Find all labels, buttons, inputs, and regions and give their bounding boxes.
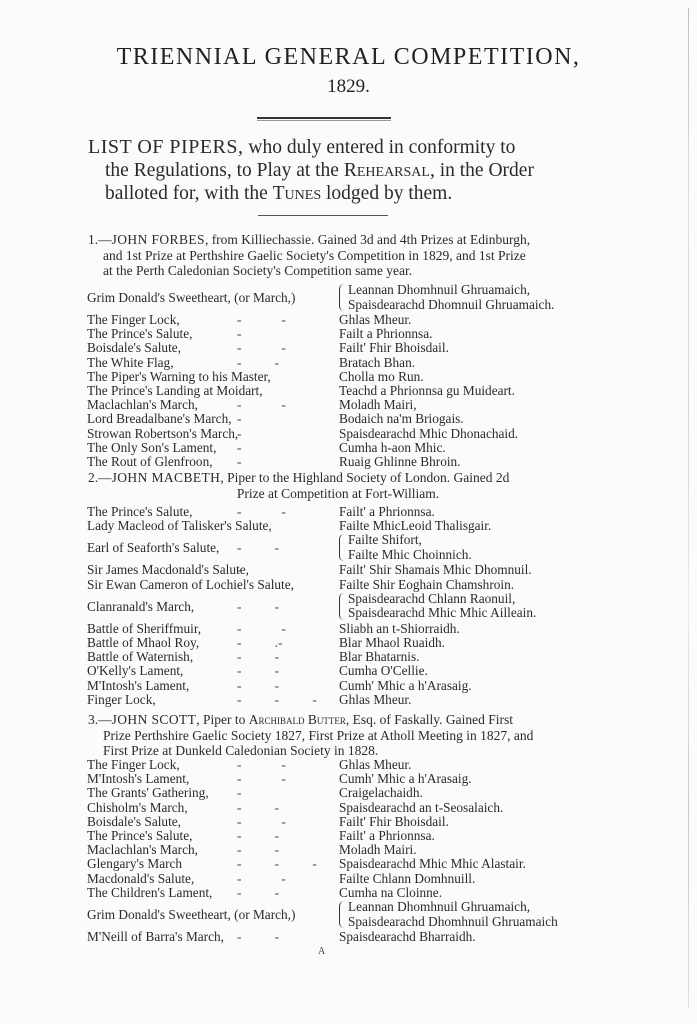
tune-row: The Finger Lock,- -Ghlas Mheur. [87, 758, 607, 772]
tune-row: Sir Ewan Cameron of Lochiel's Salute,Fai… [87, 578, 607, 592]
leader-dashes: - - - [237, 857, 317, 871]
leader-dashes: - [237, 441, 241, 455]
tune-english-name: The Rout of Glenfroon,- [87, 455, 339, 469]
tune-row: The Prince's Salute,- -Failt' a Phrionns… [87, 829, 607, 843]
tune-english-name: M'Neill of Barra's March,- - [87, 930, 339, 944]
leader-dashes: - - [237, 772, 286, 786]
tune-row: Sir James Macdonald's Salute,-Failt' Shi… [87, 563, 607, 577]
leader-dashes: - [237, 327, 241, 341]
tune-gaelic-name: Spaisdearachd Mhic Mhic Alastair. [339, 857, 526, 871]
tune-english-name: M'Intosh's Lament,- - [87, 772, 339, 786]
tune-gaelic-name: Failte Shir Eoghain Chamshroin. [339, 578, 514, 592]
tune-gaelic-name: Teachd a Phrionnsa gu Muideart. [339, 384, 515, 398]
tune-gaelic-name: Failt' Fhir Bhoisdail. [339, 815, 449, 829]
tune-row: Earl of Seaforth's Salute,- -Failte Shif… [87, 533, 607, 563]
tune-gaelic-name: Failt' Shir Shamais Mhic Dhomnuil. [339, 563, 532, 577]
leader-dashes: - .- [237, 636, 282, 650]
piper-name: JOHN FORBES [112, 232, 205, 247]
tune-english-name: Battle of Sheriffmuir,- - [87, 622, 339, 636]
tune-row: M'Neill of Barra's March,- -Spaisdearach… [87, 930, 607, 944]
tune-gaelic-name: Bodaich na'm Briogais. [339, 412, 464, 426]
tune-row: The Grants' Gathering,-Craigelachaidh. [87, 786, 607, 800]
leader-dashes: - - [237, 650, 279, 664]
tune-row: The Finger Lock,- -Ghlas Mheur. [87, 313, 607, 327]
tune-gaelic-name: Cumha O'Cellie. [339, 664, 428, 678]
tune-english-name: Chisholm's March,- - [87, 801, 339, 815]
tune-row: Battle of Sheriffmuir,- -Sliabh an t-Shi… [87, 622, 607, 636]
tune-row: M'Intosh's Lament,- -Cumh' Mhic a h'Aras… [87, 772, 607, 786]
tune-english-name: The Finger Lock,- - [87, 313, 339, 327]
leader-dashes: - - [237, 592, 279, 622]
tune-row: The Rout of Glenfroon,-Ruaig Ghlinne Bhr… [87, 455, 607, 469]
title-rule [257, 117, 391, 119]
leader-dashes: - - [237, 341, 286, 355]
tune-english-name: Sir James Macdonald's Salute,- [87, 563, 339, 577]
leader-dashes: - - [237, 679, 279, 693]
tune-english-name: Finger Lock,- - - [87, 693, 339, 707]
tune-english-name: The Prince's Salute,- [87, 327, 339, 341]
tune-gaelic-name: Ruaig Ghlinne Bhroin. [339, 455, 461, 469]
leader-dashes: - [237, 563, 241, 577]
tune-english-name: Battle of Waternish,- - [87, 650, 339, 664]
intro-paragraph: LIST OF PIPERS, who duly entered in conf… [88, 136, 608, 205]
tune-english-name: The Only Son's Lament,- [87, 441, 339, 455]
tune-gaelic-name: Spaisdearachd Chlann Raonuil,Spaisdearac… [339, 592, 536, 622]
leader-dashes: - - [237, 356, 279, 370]
tune-english-name: Boisdale's Salute,- - [87, 815, 339, 829]
tune-gaelic-name: Craigelachaidh. [339, 786, 423, 800]
tune-row: The Prince's Salute,-Failt a Phrionnsa. [87, 327, 607, 341]
tune-row: The White Flag,- -Bratach Bhan. [87, 356, 607, 370]
tune-gaelic-name: Leannan Dhomhnuil Ghruamaich,Spaisdearac… [339, 900, 558, 930]
leader-dashes: - [237, 427, 241, 441]
leader-dashes: - - [237, 815, 286, 829]
tune-row: Chisholm's March,- -Spaisdearachd an t-S… [87, 801, 607, 815]
tune-gaelic-name: Failt a Phrionnsa. [339, 327, 432, 341]
tune-row: Grim Donald's Sweetheart, (or March,)Lea… [87, 900, 607, 930]
tune-english-name: The Prince's Salute,- - [87, 829, 339, 843]
tune-row: Maclachlan's March,- -Moladh Mairi. [87, 843, 607, 857]
tune-gaelic-name: Failt' a Phrionnsa. [339, 505, 435, 519]
leader-dashes: - [237, 786, 241, 800]
tune-english-name: The Children's Lament,- - [87, 886, 339, 900]
tune-english-name: M'Intosh's Lament,- - [87, 679, 339, 693]
tune-english-name: Glengary's March- - - [87, 857, 339, 871]
brace-icon [339, 534, 346, 561]
tune-gaelic-name: Cumh' Mhic a h'Arasaig. [339, 772, 472, 786]
page-edge-shadow [688, 8, 689, 1008]
tune-list: Grim Donald's Sweetheart, (or March,)Lea… [87, 283, 607, 469]
tune-gaelic-name: Ghlas Mheur. [339, 313, 411, 327]
piper-name: JOHN SCOTT [112, 712, 197, 727]
tune-gaelic-name: Blar Mhaol Ruaidh. [339, 636, 445, 650]
tune-gaelic-name: Cumha h-aon Mhic. [339, 441, 446, 455]
tune-english-name: O'Kelly's Lament,- - [87, 664, 339, 678]
tune-row: Glengary's March- - -Spaisdearachd Mhic … [87, 857, 607, 871]
leader-dashes: - - - [237, 693, 317, 707]
tune-row: Maclachlan's March,- -Moladh Mairi, [87, 398, 607, 412]
tune-english-name: Grim Donald's Sweetheart, (or March,) [87, 900, 339, 930]
tune-english-name: The Prince's Landing at Moidart, [87, 384, 339, 398]
tune-row: Macdonald's Salute,- -Failte Chlann Domh… [87, 872, 607, 886]
tune-gaelic-name: Ghlas Mheur. [339, 693, 411, 707]
tune-english-name: Earl of Seaforth's Salute,- - [87, 533, 339, 563]
tune-gaelic-name: Leannan Dhomhnuil Ghruamaich,Spaisdearac… [339, 283, 554, 313]
tune-row: The Only Son's Lament,-Cumha h-aon Mhic. [87, 441, 607, 455]
tune-english-name: Lady Macleod of Talisker's Salute, [87, 519, 339, 533]
tune-gaelic-name: Cumh' Mhic a h'Arasaig. [339, 679, 472, 693]
brace-icon [339, 901, 346, 928]
leader-dashes: - - [237, 886, 279, 900]
tune-english-name: Strowan Robertson's March,- [87, 427, 339, 441]
tune-row: The Prince's Salute,- -Failt' a Phrionns… [87, 505, 607, 519]
brace-icon [339, 593, 346, 620]
tune-english-name: The Piper's Warning to his Master, [87, 370, 339, 384]
signature-mark: A [318, 946, 325, 957]
leader-dashes: - - [237, 313, 286, 327]
leader-dashes: - - [237, 930, 279, 944]
tune-gaelic-name: Failte MhicLeoid Thalisgair. [339, 519, 491, 533]
tune-row: Grim Donald's Sweetheart, (or March,)Lea… [87, 283, 607, 313]
tune-row: The Prince's Landing at Moidart,Teachd a… [87, 384, 607, 398]
tune-gaelic-name: Failt' Fhir Bhoisdail. [339, 341, 449, 355]
tune-english-name: Lord Breadalbane's March,- [87, 412, 339, 426]
tune-english-name: Battle of Mhaol Roy,- .- [87, 636, 339, 650]
tune-gaelic-name: Bratach Bhan. [339, 356, 415, 370]
leader-dashes: - - [237, 829, 279, 843]
piper-entry-header: 3.—JOHN SCOTT, Piper to Archibald Butter… [88, 712, 588, 759]
leader-dashes: - - [237, 533, 279, 563]
tune-row: Battle of Waternish,- -Blar Bhatarnis. [87, 650, 607, 664]
tune-english-name: Macdonald's Salute,- - [87, 872, 339, 886]
tune-gaelic-name: Moladh Mairi. [339, 843, 417, 857]
intro-rule [258, 215, 388, 216]
leader-dashes: - - [237, 801, 279, 815]
tune-row: O'Kelly's Lament,- -Cumha O'Cellie. [87, 664, 607, 678]
tune-gaelic-name: Ghlas Mheur. [339, 758, 411, 772]
tune-gaelic-name: Cumha na Cloinne. [339, 886, 442, 900]
piper-name: JOHN MACBETH [112, 470, 221, 485]
tune-row: The Children's Lament,- -Cumha na Cloinn… [87, 886, 607, 900]
tune-gaelic-name: Spaisdearachd Bharraidh. [339, 930, 476, 944]
tune-row: Lady Macleod of Talisker's Salute,Failte… [87, 519, 607, 533]
page-title: TRIENNIAL GENERAL COMPETITION, [0, 44, 697, 71]
tune-gaelic-name: Spaisdearachd Mhic Dhonachaid. [339, 427, 518, 441]
piper-entry-header: 2.—JOHN MACBETH, Piper to the Highland S… [88, 470, 588, 501]
intro-lead: LIST OF PIPERS, [88, 136, 244, 158]
tune-gaelic-name: Moladh Mairi, [339, 398, 417, 412]
leader-dashes: - [237, 455, 241, 469]
tune-row: Clanranald's March,- -Spaisdearachd Chla… [87, 592, 607, 622]
tune-gaelic-name: Failte Chlann Domhnuill. [339, 872, 475, 886]
tune-row: Finger Lock,- - -Ghlas Mheur. [87, 693, 607, 707]
leader-dashes: - [237, 412, 241, 426]
tune-list: The Prince's Salute,- -Failt' a Phrionns… [87, 505, 607, 707]
brace-icon [339, 284, 346, 311]
tune-english-name: Maclachlan's March,- - [87, 398, 339, 412]
tune-english-name: The Prince's Salute,- - [87, 505, 339, 519]
tune-english-name: Sir Ewan Cameron of Lochiel's Salute, [87, 578, 339, 592]
tune-row: Strowan Robertson's March,-Spaisdearachd… [87, 427, 607, 441]
tune-english-name: The Grants' Gathering,- [87, 786, 339, 800]
tune-gaelic-name: Blar Bhatarnis. [339, 650, 420, 664]
tune-row: Boisdale's Salute,- -Failt' Fhir Bhoisda… [87, 815, 607, 829]
tune-gaelic-name: Failt' a Phrionnsa. [339, 829, 435, 843]
tune-row: M'Intosh's Lament,- -Cumh' Mhic a h'Aras… [87, 679, 607, 693]
tune-row: Boisdale's Salute,- -Failt' Fhir Bhoisda… [87, 341, 607, 355]
tune-english-name: Boisdale's Salute,- - [87, 341, 339, 355]
tune-gaelic-name: Failte Shifort,Failte Mhic Choinnich. [339, 533, 472, 563]
tune-gaelic-name: Cholla mo Run. [339, 370, 424, 384]
leader-dashes: - - [237, 398, 286, 412]
tune-english-name: Clanranald's March,- - [87, 592, 339, 622]
leader-dashes: - - [237, 843, 279, 857]
tune-gaelic-name: Sliabh an t-Shiorraidh. [339, 622, 460, 636]
tune-english-name: Maclachlan's March,- - [87, 843, 339, 857]
piper-entry-header: 1.—JOHN FORBES, from Killiechassie. Gain… [88, 232, 588, 279]
tune-gaelic-name: Spaisdearachd an t-Seosalaich. [339, 801, 503, 815]
tune-row: The Piper's Warning to his Master,Cholla… [87, 370, 607, 384]
leader-dashes: - - [237, 758, 286, 772]
leader-dashes: - - [237, 622, 286, 636]
leader-dashes: - - [237, 664, 279, 678]
tune-row: Lord Breadalbane's March,-Bodaich na'm B… [87, 412, 607, 426]
tune-english-name: The White Flag,- - [87, 356, 339, 370]
tune-list: The Finger Lock,- -Ghlas Mheur.M'Intosh'… [87, 758, 607, 944]
leader-dashes: - - [237, 872, 286, 886]
page-year: 1829. [0, 76, 697, 98]
tune-english-name: Grim Donald's Sweetheart, (or March,) [87, 283, 339, 313]
tune-english-name: The Finger Lock,- - [87, 758, 339, 772]
tune-row: Battle of Mhaol Roy,- .-Blar Mhaol Ruaid… [87, 636, 607, 650]
leader-dashes: - - [237, 505, 286, 519]
